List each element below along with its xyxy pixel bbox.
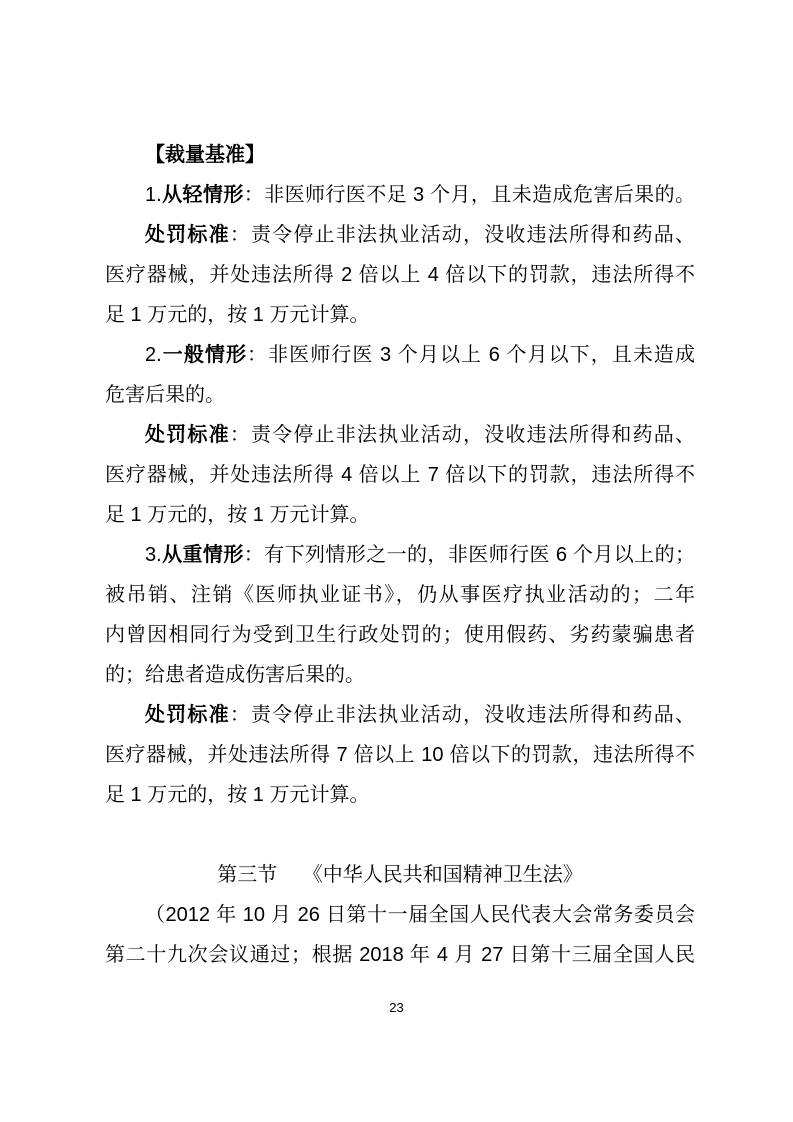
body-text: 第三节 《中华人民共和国精神卫生法》 [217,864,583,886]
bold-text: 处罚标准 [145,424,230,446]
item3-penalty-line1: 处罚标准：责令停止非法执业活动，没收违法所得和药品、 [105,695,695,735]
body-text: 足 1 万元的，按 1 万元计算。 [105,504,369,526]
item3-penalty-line2: 医疗器械，并处违法所得 7 倍以上 10 倍以下的罚款，违法所得不 [105,735,695,775]
bold-text: 一般情形 [162,344,247,366]
page-number: 23 [0,999,793,1017]
item2-penalty-line3: 足 1 万元的，按 1 万元计算。 [105,495,695,535]
body-text: 3. [145,544,162,566]
body-text: 医疗器械，并处违法所得 4 倍以上 7 倍以下的罚款，违法所得不 [105,464,695,486]
body-text: 1. [145,184,162,206]
item2-lead-line2: 危害后果的。 [105,375,695,415]
body-text: 足 1 万元的，按 1 万元计算。 [105,784,369,806]
law-note-line2: 第二十九次会议通过；根据 2018 年 4 月 27 日第十三届全国人民 [105,935,695,975]
body-text: ：非医师行医 3 个月以上 6 个月以下，且未造成 [247,344,695,366]
item2-penalty-line2: 医疗器械，并处违法所得 4 倍以上 7 倍以下的罚款，违法所得不 [105,455,695,495]
body-text: ：非医师行医不足 3 个月，且未造成危害后果的。 [244,184,695,206]
body-text: 内曾因相同行为受到卫生行政处罚的；使用假药、劣药蒙骗患者 [105,624,695,646]
body-text: ：责令停止非法执业活动，没收违法所得和药品、 [230,224,695,246]
law-note-line1: （2012 年 10 月 26 日第十一届全国人民代表大会常务委员会 [105,895,695,935]
bold-text: 从轻情形 [162,184,244,206]
item1-penalty-line3: 足 1 万元的，按 1 万元计算。 [105,295,695,335]
body-text: ：责令停止非法执业活动，没收违法所得和药品、 [230,704,695,726]
body-text: 医疗器械，并处违法所得 7 倍以上 10 倍以下的罚款，违法所得不 [105,744,695,766]
bold-text: 从重情形 [162,544,244,566]
item3-lead-line3: 内曾因相同行为受到卫生行政处罚的；使用假药、劣药蒙骗患者 [105,615,695,655]
body-text: （2012 年 10 月 26 日第十一届全国人民代表大会常务委员会 [145,904,695,926]
body-text: 医疗器械，并处违法所得 2 倍以上 4 倍以下的罚款，违法所得不 [105,264,695,286]
body-text: 第二十九次会议通过；根据 2018 年 4 月 27 日第十三届全国人民 [105,944,695,966]
item3-lead-line4: 的；给患者造成伤害后果的。 [105,655,695,695]
document-page: 【裁量基准】1.从轻情形：非医师行医不足 3 个月，且未造成危害后果的。处罚标准… [0,0,793,1122]
body-text: ：责令停止非法执业活动，没收违法所得和药品、 [230,424,695,446]
section-heading: 第三节 《中华人民共和国精神卫生法》 [105,855,695,895]
item1-penalty-line2: 医疗器械，并处违法所得 2 倍以上 4 倍以下的罚款，违法所得不 [105,255,695,295]
item1-lead-line1: 1.从轻情形：非医师行医不足 3 个月，且未造成危害后果的。 [105,175,695,215]
body-text: 危害后果的。 [105,384,225,406]
body-text: 的；给患者造成伤害后果的。 [105,664,365,686]
document-body: 【裁量基准】1.从轻情形：非医师行医不足 3 个月，且未造成危害后果的。处罚标准… [105,135,695,975]
body-text: 2. [145,344,162,366]
criteria-heading: 【裁量基准】 [105,135,695,175]
blank-line [105,815,695,855]
item3-lead-line2: 被吊销、注销《医师执业证书》，仍从事医疗执业活动的；二年 [105,575,695,615]
body-text: 被吊销、注销《医师执业证书》，仍从事医疗执业活动的；二年 [105,584,695,606]
bold-text: 处罚标准 [145,224,230,246]
bold-text: 处罚标准 [145,704,230,726]
item3-lead-line1: 3.从重情形：有下列情形之一的，非医师行医 6 个月以上的； [105,535,695,575]
body-text: ：有下列情形之一的，非医师行医 6 个月以上的； [244,544,695,566]
item2-penalty-line1: 处罚标准：责令停止非法执业活动，没收违法所得和药品、 [105,415,695,455]
bold-text: 【裁量基准】 [145,144,265,166]
body-text: 足 1 万元的，按 1 万元计算。 [105,304,369,326]
item3-penalty-line3: 足 1 万元的，按 1 万元计算。 [105,775,695,815]
item1-penalty-line1: 处罚标准：责令停止非法执业活动，没收违法所得和药品、 [105,215,695,255]
item2-lead-line1: 2.一般情形：非医师行医 3 个月以上 6 个月以下，且未造成 [105,335,695,375]
